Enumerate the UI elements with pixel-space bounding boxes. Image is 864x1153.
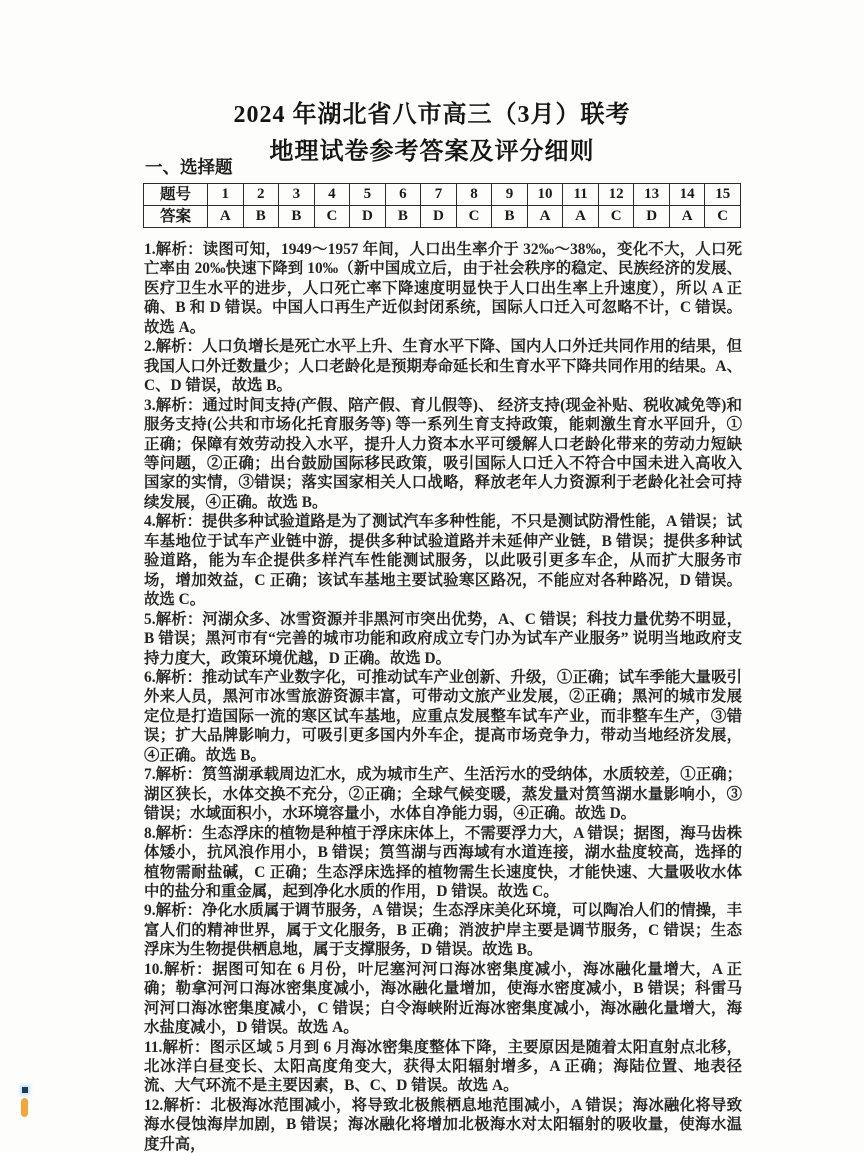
answer-cell: B [243,206,279,228]
question-number-cell: 4 [314,184,350,206]
question-number-cell: 1 [208,184,244,206]
answer-cell: A [527,206,563,228]
section-heading-multiple-choice: 一、选择题 [145,154,233,179]
explanation-item-10: 10.解析：据图可知在 6 月份，叶尼塞河河口海冰密集度减小，海冰融化量增大，A… [144,960,742,1038]
explanation-item-2: 2.解析：人口负增长是死亡水平上升、生育水平下降、国内人口外迁共同作用的结果，但… [144,337,742,395]
logo-dot-icon [22,1087,28,1093]
answer-cell: D [421,206,457,228]
answer-cell: B [492,206,528,228]
question-number-cell: 7 [421,184,457,206]
explanation-item-12: 12.解析：北极海冰范围减小，将导致北极熊栖息地范围减小，A 错误；海冰融化将导… [144,1096,742,1153]
question-number-cell: 11 [563,184,599,206]
answer-cell: C [598,206,634,228]
answer-row: 答案 A B B C D B D C B A A C D A C [144,206,741,228]
document-title-line2: 地理试卷参考答案及评分细则 [0,131,864,166]
brand-i-logo [21,1087,31,1121]
answer-table: 题号 1 2 3 4 5 6 7 8 9 10 11 12 13 14 15 答… [143,183,741,228]
question-number-cell: 9 [492,184,528,206]
explanations-block: 1.解析：读图可知，1949～1957 年间，人口出生率介于 32‰～38‰，变… [144,240,742,1153]
answer-cell: C [705,206,741,228]
question-number-cell: 10 [527,184,563,206]
question-number-cell: 8 [456,184,492,206]
explanation-item-5: 5.解析：河湖众多、冰雪资源并非黑河市突出优势，A、C 错误；科技力量优势不明显… [144,610,742,668]
document-title-line1: 2024 年湖北省八市高三（3月）联考 [0,94,864,129]
answer-cell: C [314,206,350,228]
explanation-item-8: 8.解析：生态浮床的植物是种植于浮床床体上，不需要浮力大，A 错误；据图，海马齿… [144,824,742,902]
question-number-cell: 12 [598,184,634,206]
explanation-item-6: 6.解析：推动试车产业数字化，可推动试车产业创新、升级，①正确；试车季能大量吸引… [144,668,742,765]
answer-cell: D [350,206,386,228]
explanation-item-1: 1.解析：读图可知，1949～1957 年间，人口出生率介于 32‰～38‰，变… [144,240,742,337]
answer-cell: C [456,206,492,228]
explanation-item-4: 4.解析：提供多种试验道路是为了测试汽车多种性能，不只是测试防滑性能，A 错误；… [144,512,742,609]
answer-row-label: 答案 [144,206,208,228]
answer-cell: A [563,206,599,228]
answer-cell: A [669,206,705,228]
question-number-cell: 2 [243,184,279,206]
question-number-cell: 5 [350,184,386,206]
exam-answer-document-page: 2024 年湖北省八市高三（3月）联考 地理试卷参考答案及评分细则 一、选择题 … [0,0,864,1153]
question-number-cell: 3 [279,184,315,206]
question-number-row: 题号 1 2 3 4 5 6 7 8 9 10 11 12 13 14 15 [144,184,741,206]
explanation-item-7: 7.解析：筼筜湖承载周边汇水，成为城市生产、生活污水的受纳体，水质较差，①正确；… [144,765,742,823]
explanation-item-9: 9.解析：净化水质属于调节服务，A 错误；生态浮床美化环境，可以陶冶人们的情操，… [144,901,742,959]
question-number-cell: 15 [705,184,741,206]
answer-cell: B [385,206,421,228]
explanation-item-11: 11.解析：图示区域 5 月到 6 月海冰密集度整体下降，主要原因是随着太阳直射… [144,1038,742,1096]
question-number-cell: 14 [669,184,705,206]
logo-bar-icon [21,1098,28,1117]
explanation-item-3: 3.解析：通过时间支持(产假、陪产假、育儿假等)、 经济支持(现金补贴、税收减免… [144,396,742,513]
answer-cell: B [279,206,315,228]
question-number-row-label: 题号 [144,184,208,206]
question-number-cell: 6 [385,184,421,206]
answer-cell: A [208,206,244,228]
question-number-cell: 13 [634,184,670,206]
answer-cell: D [634,206,670,228]
